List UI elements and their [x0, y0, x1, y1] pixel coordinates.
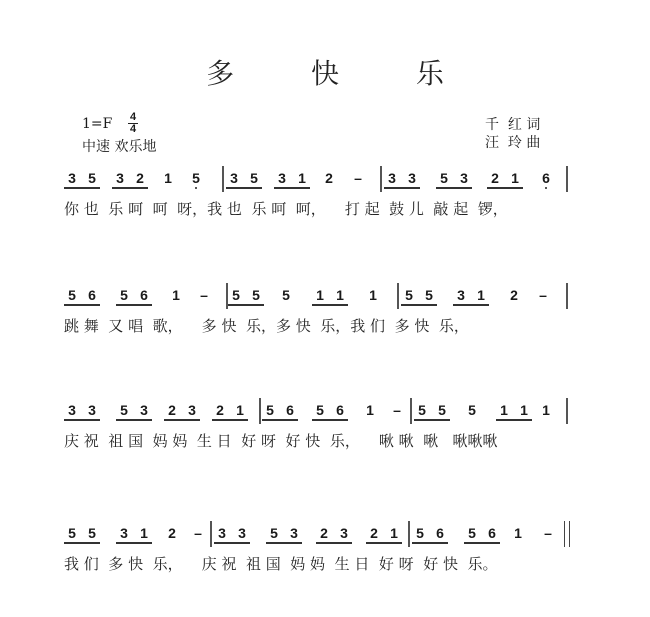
eighth-note-beam: [112, 187, 148, 189]
score-line-1: 35321535312–3353216你 也 乐 呵 呵 呀，我 也 乐 呵 呵…: [0, 170, 650, 230]
eighth-note-beam: [228, 304, 264, 306]
note: 2: [166, 402, 178, 418]
note: 3: [458, 170, 470, 186]
note: 2: [368, 525, 380, 541]
barline: [410, 398, 412, 424]
note: 1: [498, 402, 510, 418]
composer-credit: 汪 玲 曲: [485, 134, 540, 152]
eighth-note-beam: [401, 304, 437, 306]
note: 3: [86, 402, 98, 418]
barline: [222, 166, 224, 192]
note: 2: [214, 402, 226, 418]
note: 5: [403, 287, 415, 303]
eighth-note-beam: [316, 542, 352, 544]
note: 2: [318, 525, 330, 541]
lyrics-line: 庆 祝 祖 国 妈 妈 生 日 好 呀 好 快 乐， 啾 啾 啾 啾啾啾: [64, 430, 498, 451]
note: 6: [540, 170, 552, 186]
credits: 千 红 词 汪 玲 曲: [485, 116, 540, 152]
barline: [210, 521, 212, 547]
eighth-note-beam: [487, 187, 523, 189]
note: 3: [455, 287, 467, 303]
note: 5: [268, 525, 280, 541]
eighth-note-beam: [274, 187, 310, 189]
barline: [397, 283, 399, 309]
note: 5: [423, 287, 435, 303]
note: 1: [388, 525, 400, 541]
lyrics-line: 你 也 乐 呵 呵 呀，我 也 乐 呵 呵， 打 起 鼓 儿 敲 起 锣，: [64, 198, 508, 219]
eighth-note-beam: [266, 542, 302, 544]
note: 1: [138, 525, 150, 541]
note: 5: [118, 402, 130, 418]
extension-dash: –: [391, 402, 403, 418]
barline: [566, 283, 568, 309]
eighth-note-beam: [414, 419, 450, 421]
note: 5: [248, 170, 260, 186]
note: 3: [288, 525, 300, 541]
score-line-4: 55312–3353232156561–我 们 多 快 乐， 庆 祝 祖 国 妈…: [0, 525, 650, 585]
time-signature-top: 4: [130, 111, 136, 123]
barline: [380, 166, 382, 192]
eighth-note-beam: [312, 419, 348, 421]
tempo-marking: 中速 欢乐地: [82, 136, 156, 156]
note: 3: [228, 170, 240, 186]
barline: [259, 398, 261, 424]
note: 5: [190, 170, 202, 186]
note: 3: [118, 525, 130, 541]
time-signature: 4 4: [128, 112, 138, 135]
note: 6: [284, 402, 296, 418]
note: 1: [170, 287, 182, 303]
note: 3: [276, 170, 288, 186]
note: 1: [296, 170, 308, 186]
note: 5: [466, 525, 478, 541]
note: 6: [434, 525, 446, 541]
note: 3: [186, 402, 198, 418]
eighth-note-beam: [116, 542, 152, 544]
note: 6: [486, 525, 498, 541]
eighth-note-beam: [212, 419, 248, 421]
note: 3: [338, 525, 350, 541]
eighth-note-beam: [214, 542, 250, 544]
note: 5: [66, 525, 78, 541]
note: 5: [314, 402, 326, 418]
eighth-note-beam: [64, 542, 100, 544]
song-title: 多 快 乐: [0, 52, 650, 92]
score-line-3: 3353232156561–555111庆 祝 祖 国 妈 妈 生 日 好 呀 …: [0, 402, 650, 462]
note: 5: [86, 525, 98, 541]
barline: [226, 283, 228, 309]
extension-dash: –: [542, 525, 554, 541]
lyrics-line: 跳 舞 又 唱 歌， 多 快 乐，多 快 乐，我 们 多 快 乐，: [64, 315, 469, 336]
note: 5: [250, 287, 262, 303]
note: 3: [386, 170, 398, 186]
key-signature: 1=F: [82, 116, 112, 132]
note: 1: [512, 525, 524, 541]
note: 3: [66, 170, 78, 186]
eighth-note-beam: [116, 304, 152, 306]
note: 1: [364, 402, 376, 418]
note: 5: [118, 287, 130, 303]
eighth-note-beam: [312, 304, 348, 306]
note: 1: [540, 402, 552, 418]
eighth-note-beam: [164, 419, 200, 421]
barline: [566, 398, 568, 424]
note: 5: [436, 402, 448, 418]
note: 5: [416, 402, 428, 418]
lyrics-line: 我 们 多 快 乐， 庆 祝 祖 国 妈 妈 生 日 好 呀 好 快 乐。: [64, 553, 498, 574]
eighth-note-beam: [496, 419, 532, 421]
note: 1: [234, 402, 246, 418]
note: 5: [86, 170, 98, 186]
note: 5: [230, 287, 242, 303]
note: 6: [334, 402, 346, 418]
note: 3: [66, 402, 78, 418]
note: 5: [264, 402, 276, 418]
score-line-2: 56561–55511155312–跳 舞 又 唱 歌， 多 快 乐，多 快 乐…: [0, 287, 650, 347]
note: 5: [414, 525, 426, 541]
note: 1: [367, 287, 379, 303]
note: 2: [508, 287, 520, 303]
note: 1: [518, 402, 530, 418]
eighth-note-beam: [64, 187, 100, 189]
note: 6: [86, 287, 98, 303]
eighth-note-beam: [384, 187, 420, 189]
extension-dash: –: [537, 287, 549, 303]
note: 3: [114, 170, 126, 186]
eighth-note-beam: [412, 542, 448, 544]
note: 3: [216, 525, 228, 541]
time-signature-bottom: 4: [130, 123, 136, 135]
note: 5: [66, 287, 78, 303]
barline: [566, 166, 568, 192]
note: 5: [280, 287, 292, 303]
eighth-note-beam: [64, 419, 100, 421]
note: 3: [138, 402, 150, 418]
note: 3: [406, 170, 418, 186]
note: 5: [438, 170, 450, 186]
eighth-note-beam: [453, 304, 489, 306]
eighth-note-beam: [226, 187, 262, 189]
lyricist-credit: 千 红 词: [485, 116, 540, 134]
note: 2: [166, 525, 178, 541]
eighth-note-beam: [262, 419, 298, 421]
eighth-note-beam: [116, 419, 152, 421]
lower-octave-dot: [195, 187, 197, 189]
barline: [408, 521, 410, 547]
note: 1: [475, 287, 487, 303]
note: 3: [236, 525, 248, 541]
eighth-note-beam: [64, 304, 100, 306]
note: 2: [323, 170, 335, 186]
extension-dash: –: [352, 170, 364, 186]
note: 2: [134, 170, 146, 186]
note: 1: [162, 170, 174, 186]
lower-octave-dot: [545, 187, 547, 189]
note: 2: [489, 170, 501, 186]
note: 1: [509, 170, 521, 186]
final-double-barline: [564, 521, 570, 547]
eighth-note-beam: [464, 542, 500, 544]
note: 6: [138, 287, 150, 303]
eighth-note-beam: [366, 542, 402, 544]
extension-dash: –: [198, 287, 210, 303]
extension-dash: –: [192, 525, 204, 541]
note: 1: [314, 287, 326, 303]
eighth-note-beam: [436, 187, 472, 189]
note: 1: [334, 287, 346, 303]
note: 5: [466, 402, 478, 418]
